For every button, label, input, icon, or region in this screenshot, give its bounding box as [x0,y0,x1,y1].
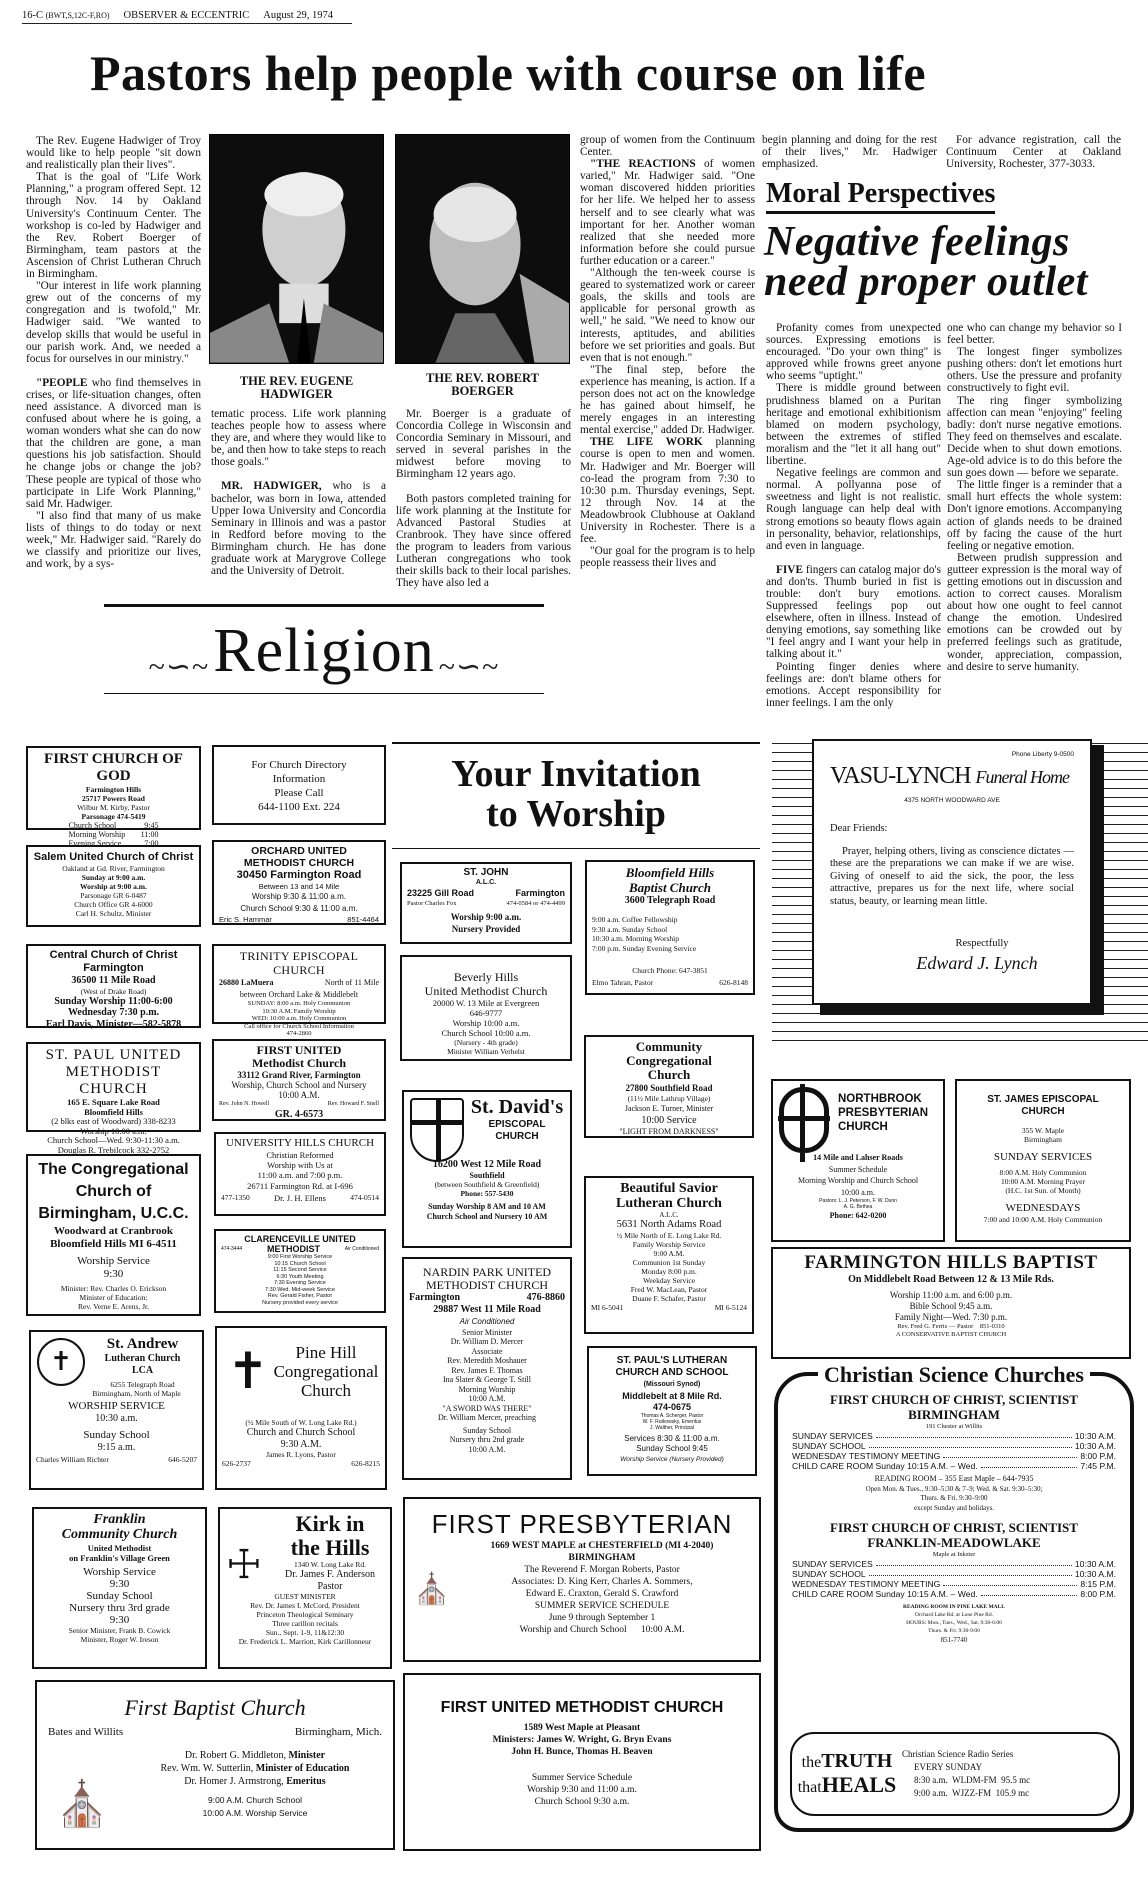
ad-nardin-park-umc: NARDIN PARK UNITED METHODIST CHURCH Farm… [402,1257,572,1480]
paragraph: There is middle ground between prudishne… [766,382,941,467]
paragraph: Both pastors completed training for life… [396,493,571,590]
ad-church-directory: For Church Directory Information Please … [212,745,386,825]
portrait-icon [396,135,569,363]
banner-line: Your Invitation [392,754,760,794]
ad-first-baptist-church: First Baptist Church Bates and WillitsBi… [35,1680,395,1850]
article-column-5: begin planning and doing for the rest of… [762,134,937,170]
paragraph: The ring finger symbolizing affection ca… [947,395,1122,480]
photo-caption-boerger: THE REV. ROBERT BOERGER [395,372,570,398]
ad-clarenceville-umc: CLARENCEVILLE UNITED 474-3444METHODISTAi… [214,1229,386,1313]
moral-column-left: Profanity comes from unexpected sources.… [766,322,941,709]
ad-pine-hill-congregational: ✝ Pine Hill Congregational Church (½ Mil… [215,1326,387,1490]
photo-hadwiger [209,134,384,364]
page-headline: Pastors help people with course on life [90,44,926,102]
ad-beverly-hills-umc: Beverly Hills United Methodist Church 20… [400,955,572,1061]
radio-series-box: theTRUTH thatHEALS Christian Science Rad… [790,1732,1120,1816]
ad-first-church-of-god: FIRST CHURCH OF GOD Farmington Hills 257… [26,746,201,830]
signature: Edward J. Lynch [880,951,1074,975]
flourish-right-icon: ~∽~ [439,650,500,683]
paragraph: group of women from the Continuum Center… [580,134,755,158]
ad-kirk-in-the-hills: ☩ Kirk in the Hills 1340 W. Long Lake Rd… [218,1507,392,1669]
paragraph: Between prudish suppression and gutteer … [947,552,1122,673]
paragraph: Mr. Boerger is a graduate of Concordia C… [396,408,571,481]
paragraph: For advance registration, call the Conti… [946,134,1121,170]
paper-name: OBSERVER & ECCENTRIC [124,10,250,21]
ad-st-john-alc: ST. JOHN A.L.C. 23225 Gill RoadFarmingto… [400,862,572,944]
section-title: Religion [213,617,435,685]
page-number: 16-C [22,10,43,21]
paragraph: Pointing finger denies where feelings ar… [766,661,941,709]
photo-boerger [395,134,570,364]
banner-title: Christian Science Churches [818,1362,1090,1387]
paragraph: "PEOPLE who find themselves in crises, o… [26,377,201,510]
ad-beautiful-savior-lutheran: Beautiful Savior Lutheran Church A.L.C. … [584,1176,754,1334]
invitation-to-worship-banner: Your Invitation to Worship [392,742,760,849]
ad-st-andrew-lutheran: ✝ St. Andrew Lutheran Church LCA 6255 Te… [29,1330,204,1490]
paragraph: Profanity comes from unexpected sources.… [766,322,941,382]
article-column-1: The Rev. Eugene Hadwiger of Troy would l… [26,135,201,570]
ad-st-james-episcopal: ST. JAMES EPISCOPAL CHURCH 355 W. Maple … [955,1079,1131,1242]
paragraph: "THE REACTIONS of women varied," Mr. Had… [580,158,755,267]
photo-caption-hadwiger: THE REV. EUGENE HADWIGER [209,375,384,401]
moral-column-right: one who can change my behavior so I feel… [947,322,1122,673]
portrait-icon [210,135,383,363]
episcopal-shield-icon [410,1098,464,1162]
paragraph: "Our interest in life work planning grew… [26,280,201,365]
ad-farmington-hills-baptist: FARMINGTON HILLS BAPTIST On Middlebelt R… [771,1247,1131,1359]
ad-salem-ucc: Salem United Church of Christ Oakland at… [26,845,201,927]
article-column-2: tematic process. Life work planning teac… [211,408,386,577]
paragraph: THE LIFE WORK planning course is open to… [580,436,755,545]
moral-headline: Negative feelings need proper outlet [764,222,1144,302]
paragraph: begin planning and doing for the rest of… [762,134,937,170]
ad-st-pauls-lutheran: ST. PAUL'S LUTHERAN CHURCH AND SCHOOL (M… [587,1346,757,1476]
paragraph: The Rev. Eugene Hadwiger of Troy would l… [26,135,201,171]
ad-vasu-lynch-funeral-home: Phone Liberty 9-0500 VASU-LYNCH Funeral … [772,735,1148,1045]
paragraph: The longest finger symbolizes pushing ot… [947,346,1122,394]
paragraph: FIVE fingers can catalog major do's and … [766,564,941,661]
ad-university-hills-church: UNIVERSITY HILLS CHURCH Christian Reform… [214,1132,386,1216]
ad-st-davids-episcopal: St. David's EPISCOPAL CHURCH 16200 West … [402,1090,572,1248]
paragraph: That is the goal of "Life Work Planning,… [26,171,201,280]
religion-banner: ~∽~ Religion ~∽~ [104,604,544,694]
article-column-3: Mr. Boerger is a graduate of Concordia C… [396,408,571,589]
issue-date: August 29, 1974 [263,10,333,21]
paragraph: The little finger is a reminder that a s… [947,479,1122,552]
paragraph: "I also find that many of us make lists … [26,510,201,570]
celtic-cross-logo-icon [779,1087,829,1153]
paragraph: MR. HADWIGER, who is a bachelor, was bor… [211,480,386,577]
paragraph: Negative feelings are common and normal.… [766,467,941,552]
ad-orchard-united-methodist: ORCHARD UNITED METHODIST CHURCH 30450 Fa… [212,840,386,925]
celtic-cross-icon: ☩ [226,1515,256,1615]
paragraph: "Although the ten-week course is geared … [580,267,755,364]
ad-st-paul-united-methodist: ST. PAUL UNITED METHODIST CHURCH 165 E. … [26,1042,201,1132]
banner-line: to Worship [392,794,760,834]
column-kicker: Moral Perspectives [766,178,995,214]
paragraph: "The final step, before the experience h… [580,364,755,437]
ad-first-presbyterian: FIRST PRESBYTERIAN ⛪ 1669 WEST MAPLE at … [403,1497,761,1662]
masthead: 16-C (BWT,S,12C-F,RO) OBSERVER & ECCENTR… [22,10,352,24]
ad-first-umc-birmingham: FIRST UNITED METHODIST CHURCH 1589 West … [403,1673,761,1851]
ad-congregational-birmingham: The Congregational Church of Birmingham,… [26,1154,201,1316]
ad-trinity-episcopal: TRINITY EPISCOPAL CHURCH 26880 LaMueraNo… [212,944,386,1024]
church-building-icon: ⛪ [47,1777,117,1832]
paragraph: one who can change my behavior so I feel… [947,322,1122,346]
truth-heals-logo: theTRUTH thatHEALS [792,1750,902,1799]
ad-christian-science-churches: Christian Science Churches FIRST CHURCH … [774,1372,1134,1832]
ad-bloomfield-hills-baptist: Bloomfield Hills Baptist Church 3600 Tel… [585,860,755,995]
lca-cross-seal-icon: ✝ [37,1338,85,1386]
chapel-icon: ⛪ [413,1584,450,1596]
article-column-6: For advance registration, call the Conti… [946,134,1121,170]
ad-first-united-methodist-farmington: FIRST UNITED Methodist Church 33112 Gran… [212,1039,386,1121]
flourish-left-icon: ~∽~ [149,650,210,683]
cross-tree-icon: ✝ [223,1336,273,1406]
ad-central-church-of-christ: Central Church of Christ Farmington 3650… [26,944,201,1028]
editions: (BWT,S,12C-F,RO) [46,11,110,20]
paragraph: tematic process. Life work planning teac… [211,408,386,468]
article-column-4: group of women from the Continuum Center… [580,134,755,569]
ad-franklin-community-church: Franklin Community Church United Methodi… [32,1507,207,1669]
ad-northbrook-presbyterian: NORTHBROOKPRESBYTERIANCHURCH 14 Mile and… [771,1079,945,1242]
ad-community-congregational: Community Congregational Church 27800 So… [584,1035,754,1138]
paragraph: "Our goal for the program is to help peo… [580,545,755,569]
